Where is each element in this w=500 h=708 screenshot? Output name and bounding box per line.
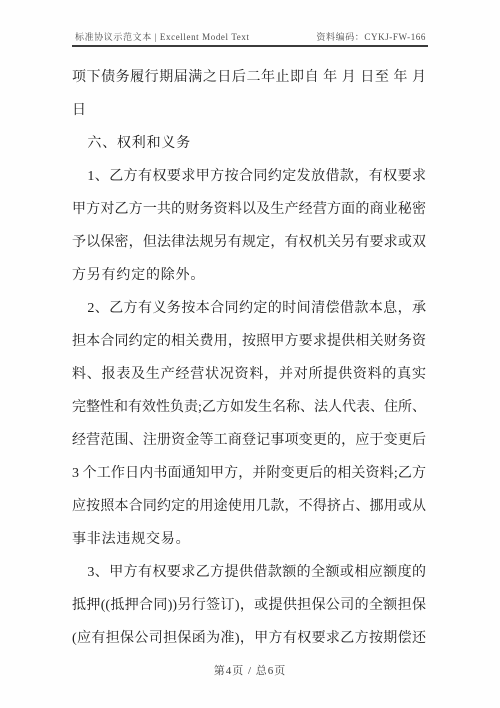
document-line: 2、乙方有义务按本合同约定的时间清偿借款本息，承 (72, 292, 426, 325)
document-line: 3、甲方有权要求乙方提供借款额的全额或相应额度的 (72, 556, 426, 589)
document-page: 标准协议示范文本 | Excellent Model Text 资料编码：CYK… (0, 0, 500, 708)
document-line: (应有担保公司担保函为准)，甲方有权要求乙方按期偿还 (72, 622, 426, 655)
header-title: 标准协议示范文本 | Excellent Model Text (72, 30, 250, 43)
document-line: 方另有约定的除外。 (72, 259, 426, 292)
document-line: 项下债务履行期届满之日后二年止即自 年 月 日至 年 月 (72, 61, 426, 94)
document-line: 应按照本合同约定的用途使用几款，不得挤占、挪用或从 (72, 490, 426, 523)
document-line: 料、报表及生产经营状况资料，并对所提供资料的真实性、 (72, 358, 426, 391)
document-line: 1、乙方有权要求甲方按合同约定发放借款，有权要求 (72, 160, 426, 193)
page-header: 标准协议示范文本 | Excellent Model Text 资料编码：CYK… (72, 26, 428, 47)
section-heading: 六、权利和义务 (72, 127, 426, 160)
document-line: 担本合同约定的相关费用，按照甲方要求提供相关财务资 (72, 325, 426, 358)
document-line: 日 (72, 94, 426, 127)
document-line: 事非法违规交易。 (72, 523, 426, 556)
page-number: 第4页 / 总6页 (0, 662, 500, 678)
document-line: 经营范围、注册资金等工商登记事项变更的，应于变更后 (72, 424, 426, 457)
document-body: 项下债务履行期届满之日后二年止即自 年 月 日至 年 月 日 六、权利和义务 1… (72, 61, 426, 655)
document-line: 完整性和有效性负责;乙方如发生名称、法人代表、住所、 (72, 391, 426, 424)
header-doc-code: 资料编码：CYKJ-FW-166 (316, 30, 428, 43)
document-line: 甲方对乙方一共的财务资料以及生产经营方面的商业秘密 (72, 193, 426, 226)
document-line: 抵押((抵押合同))另行签订)，或提供担保公司的全额担保 (72, 589, 426, 622)
document-line: 予以保密，但法律法规另有规定，有权机关另有要求或双 (72, 226, 426, 259)
document-line: 3 个工作日内书面通知甲方，并附变更后的相关资料;乙方 (72, 457, 426, 490)
